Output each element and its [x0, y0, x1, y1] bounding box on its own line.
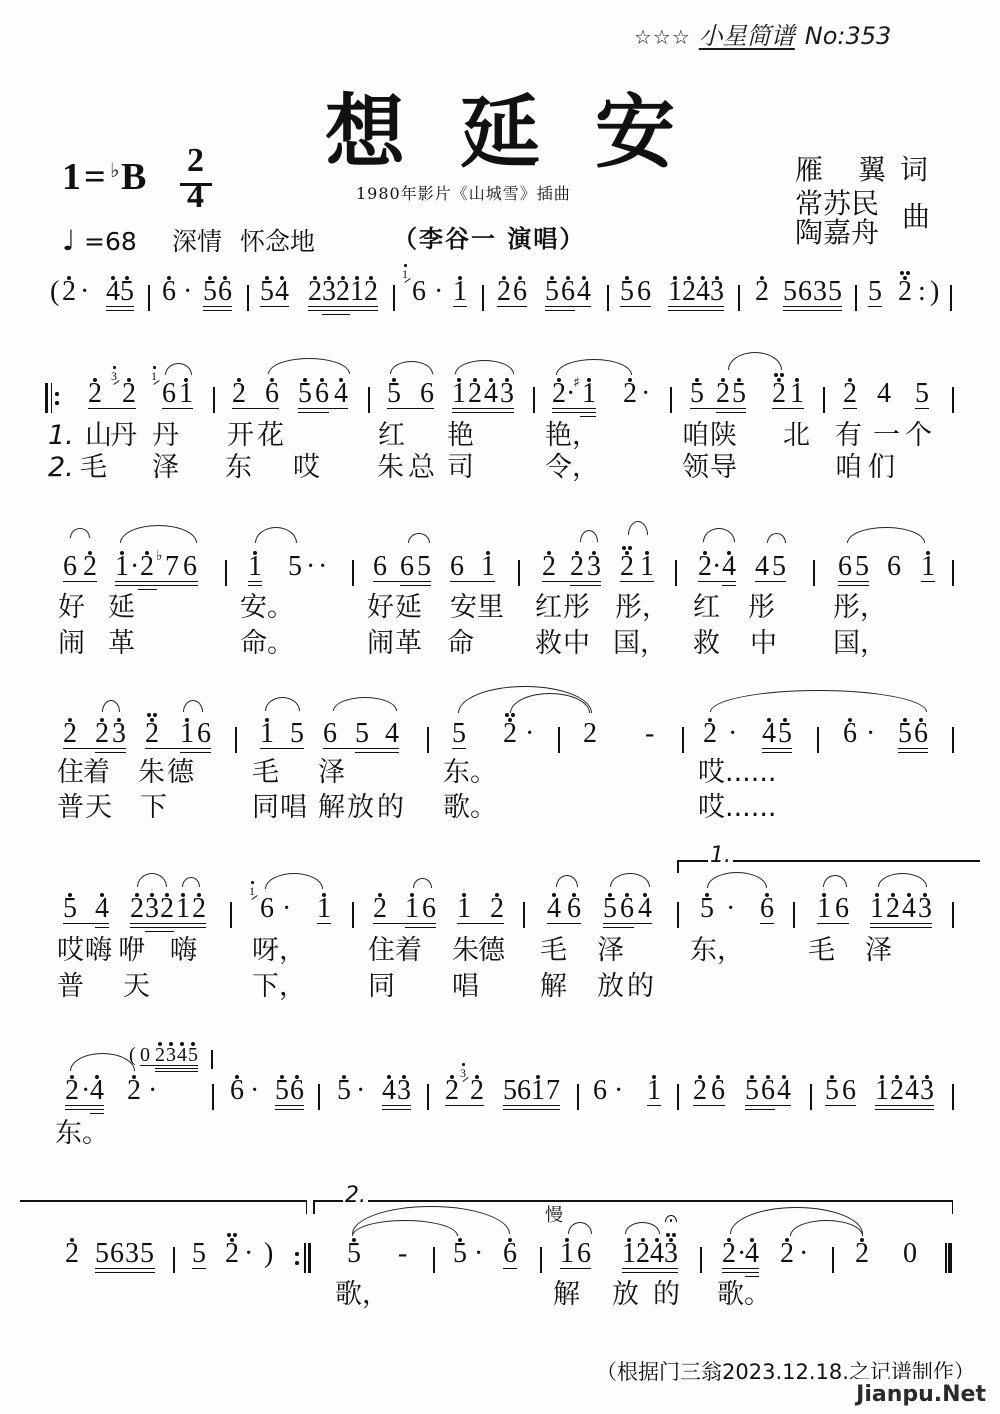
- note-2: 2: [497, 277, 511, 307]
- octave-dot: [508, 1238, 512, 1242]
- barline: [558, 727, 560, 753]
- duration-underline: [603, 927, 634, 928]
- note-symbol: 3: [397, 1075, 411, 1106]
- note-symbol: 6: [260, 893, 274, 924]
- lyric-syllable: 一: [873, 422, 900, 449]
- slur-arc: [333, 697, 397, 711]
- octave-dot: [185, 718, 189, 722]
- note-symbol: 2: [83, 551, 97, 582]
- barline: [427, 1084, 429, 1110]
- note-5: 5: [453, 1239, 467, 1269]
- key-degree: 1: [62, 158, 81, 196]
- slur-arc: [728, 352, 782, 370]
- note-symbol: 5: [337, 1075, 351, 1106]
- note-3: 3: [710, 277, 724, 307]
- note-4: 4: [755, 552, 769, 582]
- note-symbol: 2: [780, 1238, 794, 1269]
- octave-dot: [511, 713, 515, 717]
- augmentation-dot: ·: [434, 277, 443, 307]
- subtitle: 1980年影片《山城雪》插曲: [356, 186, 571, 202]
- barline: [855, 285, 857, 311]
- octave-dot: [147, 713, 151, 717]
- duration-underline: [875, 1105, 934, 1106]
- lyric-syllable: 彤: [563, 594, 590, 621]
- duration-underline: [783, 310, 842, 311]
- note-4: 4: [275, 277, 289, 307]
- duration-underline: [503, 1105, 560, 1106]
- duration-underline: [65, 1105, 104, 1106]
- note-symbol: 2: [542, 551, 556, 582]
- duration-underline: [317, 923, 331, 924]
- duration-underline: [915, 408, 929, 409]
- octave-dot: [655, 1238, 659, 1242]
- note-symbol: 5: [298, 378, 312, 409]
- note-2: 2: [772, 379, 786, 409]
- octave-dot: [547, 551, 551, 555]
- score-system-line-2: 232161265645612432·♯12·52521245: [0, 379, 1000, 409]
- octave-dot: [127, 378, 131, 382]
- octave-dot: [923, 893, 927, 897]
- lyricist-role: 词: [900, 156, 928, 184]
- note-1: 1: [531, 1076, 545, 1106]
- duration-underline: [260, 748, 304, 749]
- note-symbol: 6: [513, 276, 527, 307]
- octave-dot: [575, 551, 579, 555]
- note-1: 1: [457, 894, 471, 924]
- note-6: 6: [887, 552, 901, 582]
- note-4: 4: [547, 894, 561, 924]
- octave-dot: [320, 378, 324, 382]
- note-symbol: 6: [887, 551, 901, 582]
- augmentation-dot: ·: [282, 894, 291, 924]
- note-symbol: 2: [636, 1238, 650, 1269]
- note-2: 2: [445, 1076, 459, 1106]
- song-title-char-3: 安: [595, 92, 675, 172]
- octave-dot: [132, 1075, 136, 1079]
- note-symbol: 5: [545, 276, 559, 307]
- note-symbol: 5: [347, 1238, 361, 1269]
- octave-dot: [750, 1075, 754, 1079]
- duration-underline: [275, 1105, 304, 1106]
- lyric-syllable: 救: [535, 630, 562, 657]
- note-6: 6: [914, 719, 928, 749]
- note-symbol: ·: [726, 893, 735, 924]
- note-symbol: 1: [817, 893, 831, 924]
- augmentation-dot: ·: [183, 277, 192, 307]
- slur-arc: [878, 873, 927, 887]
- note-2: 2: [843, 379, 857, 409]
- note-2: 2: [122, 379, 136, 409]
- octave-dot: [502, 276, 506, 280]
- note-symbol: 4: [905, 1075, 919, 1106]
- note-symbol: 1: [405, 893, 419, 924]
- octave-dot: [848, 378, 852, 382]
- duration-underline: [248, 581, 262, 582]
- augmentation-dot: ·: [130, 552, 139, 582]
- note-symbol: 3: [145, 893, 159, 924]
- note-symbol: 6: [110, 1238, 124, 1269]
- note-5: 5: [503, 1076, 517, 1106]
- note-symbol: 5: [260, 276, 274, 307]
- verse-number: 1.: [48, 422, 74, 449]
- note-symbol: 6: [503, 1238, 517, 1269]
- octave-dot: [783, 718, 787, 722]
- note-symbol: 5: [868, 276, 882, 307]
- lyric-syllable: 下: [140, 794, 167, 821]
- lyric-syllable: 哎......: [698, 794, 777, 821]
- lyric-syllable: 艳，: [545, 422, 599, 449]
- note-2: 2: [552, 379, 566, 409]
- octave-dot: [95, 1075, 99, 1079]
- octave-dot: [625, 276, 629, 280]
- note-symbol: 6: [218, 276, 232, 307]
- composer-1: 常苏民: [795, 190, 879, 218]
- octave-dot: [891, 893, 895, 897]
- duration-underline: [457, 923, 504, 924]
- duration-underline: [63, 923, 109, 924]
- note-symbol: 2: [552, 378, 566, 409]
- note-2: 2: [693, 1076, 707, 1106]
- note-4: 4: [696, 277, 710, 307]
- note-3: 3: [166, 1044, 176, 1066]
- octave-dot: [191, 1042, 195, 1046]
- slur-arc: [628, 521, 648, 535]
- note-symbol: 1: [179, 378, 193, 409]
- note-symbol: 2: [155, 1044, 165, 1066]
- note-2: 2: [490, 894, 504, 924]
- octave-dot: [342, 1075, 346, 1079]
- lyric-syllable: 嗨: [85, 937, 112, 964]
- note-symbol: 3: [918, 893, 932, 924]
- note-symbol: ·: [80, 276, 89, 307]
- lyric-syllable: 延: [395, 594, 422, 621]
- barline: [533, 387, 535, 413]
- octave-dot: [880, 1075, 884, 1079]
- lyric-syllable: 东。: [55, 1120, 109, 1147]
- note-symbol: 1: [317, 893, 331, 924]
- note-symbol: 6: [422, 893, 436, 924]
- note-symbol: 6: [761, 1075, 775, 1106]
- octave-dot: [197, 893, 201, 897]
- duration-underline: [603, 923, 652, 924]
- note-6: 6: [265, 379, 279, 409]
- duration-underline: [868, 306, 882, 307]
- note-3: 3: [322, 277, 336, 307]
- note-symbol: 6: [420, 378, 434, 409]
- octave-dot: [860, 1238, 864, 1242]
- lyric-syllable: 红: [535, 594, 562, 621]
- octave-dot: [645, 551, 649, 555]
- note-3: 3: [397, 1076, 411, 1106]
- octave-dot: [93, 378, 97, 382]
- lyric-syllable: 德: [167, 759, 194, 786]
- octave-dot: [265, 276, 269, 280]
- note-symbol: 5: [63, 893, 77, 924]
- duration-underline: [545, 306, 591, 307]
- duration-underline: [783, 306, 842, 307]
- note-symbol: 2: [497, 276, 511, 307]
- lyric-syllable: 天: [85, 794, 112, 821]
- lyric-syllable: 有: [835, 422, 862, 449]
- duration-underline: [745, 1109, 775, 1110]
- octave-dot: [313, 276, 317, 280]
- octave-dot: [907, 893, 911, 897]
- note-symbol: 4: [95, 893, 109, 924]
- octave-dot: [167, 276, 171, 280]
- lyric-syllable: 咿: [118, 937, 145, 964]
- lyric-syllable: 导: [710, 454, 737, 481]
- octave-dot: [100, 718, 104, 722]
- note-5: 5: [95, 1239, 109, 1269]
- song-title-char-1: 想: [325, 92, 405, 172]
- barline: [577, 1084, 579, 1110]
- octave-dot: [457, 378, 461, 382]
- note-6: 6: [711, 1076, 725, 1106]
- lyric-syllable: 彤: [748, 594, 775, 621]
- note-4: 4: [762, 719, 776, 749]
- note-symbol: 2: [703, 718, 717, 749]
- augmentation-dot: ·: [866, 719, 875, 749]
- lyric-syllable: 解: [553, 1281, 580, 1308]
- duration-underline: [898, 752, 928, 753]
- lyric-syllable: 国，: [833, 630, 887, 657]
- note-symbol: 2: [192, 893, 206, 924]
- note-symbol: 1: [560, 1238, 574, 1269]
- note-6: 6: [323, 719, 337, 749]
- note-symbol: ·: [183, 276, 192, 307]
- note-2: 2: [62, 277, 76, 307]
- barline: [793, 902, 795, 928]
- note-symbol: 2: [336, 276, 350, 307]
- note-symbol: 7: [165, 551, 179, 582]
- duration-underline: [145, 748, 211, 749]
- repeat-end-sign: [295, 1243, 311, 1273]
- barline: [433, 1247, 435, 1273]
- duration-underline: [203, 306, 232, 307]
- lyric-syllable: 歌。: [717, 1281, 771, 1308]
- octave-dot: [117, 718, 121, 722]
- note-4: 4: [902, 894, 916, 924]
- lyric-syllable: 住: [368, 937, 395, 964]
- note-symbol: 2: [722, 1238, 736, 1269]
- note-symbol: 6: [373, 551, 387, 582]
- octave-dot: [777, 378, 781, 382]
- duration-underline: [232, 408, 279, 409]
- augmentation-dot: ·: [474, 1239, 483, 1269]
- augmentation-dot: ·: [148, 1076, 157, 1106]
- note-symbol: 2: [886, 893, 900, 924]
- note-4: 4: [638, 894, 652, 924]
- lyric-syllable: 的: [653, 1281, 680, 1308]
- note-4: 4: [106, 277, 120, 307]
- key-equals: =: [84, 158, 106, 196]
- duration-underline: [95, 752, 126, 753]
- octave-dot: [926, 551, 930, 555]
- lyric-syllable: 陕: [710, 422, 737, 449]
- note-2: 2: [682, 277, 696, 307]
- octave-dot: [180, 1042, 184, 1046]
- note-symbol: 3: [587, 551, 601, 582]
- note-5: 5: [603, 894, 617, 924]
- note-symbol: ·: [130, 551, 139, 582]
- barline: [813, 560, 815, 586]
- note-6: 6: [162, 277, 176, 307]
- slur-arc: [137, 873, 167, 887]
- tempo-bpm: =68: [84, 229, 137, 254]
- slur-arc: [556, 875, 578, 887]
- duration-underline: [260, 306, 289, 307]
- duration-underline: [668, 310, 724, 311]
- octave-dot: [184, 378, 188, 382]
- note-symbol: 1: [453, 276, 467, 307]
- note-symbol: ·: [306, 551, 315, 582]
- note-symbol: 5: [690, 378, 704, 409]
- note-symbol: ): [930, 276, 939, 307]
- volta-bracket-hook: [952, 1200, 954, 1214]
- note-6: 6: [290, 1076, 304, 1106]
- lyric-syllable: 命: [447, 630, 474, 657]
- slur-arc: [823, 875, 847, 887]
- note-symbol: 3: [920, 1075, 934, 1106]
- lyric-syllable: 普: [57, 794, 84, 821]
- duration-underline: [115, 581, 198, 582]
- note-symbol: 5: [783, 276, 797, 307]
- lyric-syllable: 个: [905, 422, 932, 449]
- duration-underline: [622, 1268, 678, 1269]
- duration-underline: [138, 589, 157, 590]
- note-symbol: 4: [650, 1238, 664, 1269]
- octave-dot: [135, 893, 139, 897]
- watermark-logo: Jianpu.Net: [856, 1384, 986, 1406]
- barline: [677, 902, 679, 928]
- note-3: 3: [112, 719, 126, 749]
- note-symbol: 1: [870, 893, 884, 924]
- note-1: 1: [176, 894, 190, 924]
- note-6: 6: [110, 1239, 124, 1269]
- note-5: 5: [700, 894, 714, 924]
- note-5: 5: [620, 277, 634, 307]
- score-system-line-6: 2·42·6·565·4323256176·126564561243: [0, 1076, 1000, 1106]
- note-5: 5: [260, 277, 274, 307]
- octave-dot: [716, 1075, 720, 1079]
- score-system-line-6-interlude: (02345: [0, 1044, 1000, 1066]
- note-symbol: 3: [500, 378, 514, 409]
- note-symbol: 1: [248, 551, 262, 582]
- note-symbol: 2: [623, 378, 637, 409]
- octave-dot: [227, 1233, 231, 1237]
- note-3: 3: [813, 277, 827, 307]
- barline: [230, 902, 232, 928]
- lyric-syllable: 哎: [57, 937, 84, 964]
- duration-underline: [762, 752, 792, 753]
- octave-dot: [88, 551, 92, 555]
- barline: [235, 727, 237, 753]
- slur-arc: [70, 528, 90, 538]
- barline: [738, 285, 740, 311]
- octave-dot: [67, 276, 71, 280]
- note-symbol: 1: [481, 551, 495, 582]
- note-symbol: 6: [760, 893, 774, 924]
- octave-dot: [270, 378, 274, 382]
- lyric-syllable: 朱: [377, 454, 404, 481]
- note-5: 5: [690, 379, 704, 409]
- duration-underline: [95, 1268, 155, 1269]
- duration-underline: [323, 748, 399, 749]
- barline: [523, 902, 525, 928]
- note-symbol: 2: [122, 378, 136, 409]
- note-symbol: 1: [176, 893, 190, 924]
- duration-underline: [355, 752, 399, 753]
- note-2: 2: [886, 894, 900, 924]
- octave-dot: [181, 893, 185, 897]
- note-symbol: 1: [260, 718, 274, 749]
- note-symbol: 5: [620, 276, 634, 307]
- close-paren: ): [264, 1239, 273, 1269]
- series-name-link[interactable]: 小星简谱: [699, 22, 795, 50]
- note-symbol: 5: [95, 1238, 109, 1269]
- duration-underline: [870, 923, 932, 924]
- note-symbol: ·: [244, 1238, 253, 1269]
- note-symbol: 6: [315, 378, 329, 409]
- slur-arc: [455, 360, 514, 374]
- octave-dot: [462, 893, 466, 897]
- note-symbol: ·: [614, 1075, 623, 1106]
- note-symbol: 3: [710, 276, 724, 307]
- note-2: 2: [364, 277, 378, 307]
- barline: [247, 285, 249, 311]
- note-6: 6: [183, 552, 197, 582]
- rest-note: 0: [140, 1044, 150, 1066]
- flat-icon: ♭: [110, 160, 119, 180]
- slur-arc: [268, 358, 350, 374]
- note-symbol: 2: [898, 276, 912, 307]
- note-4: 4: [382, 1076, 396, 1106]
- close-paren: ): [930, 277, 939, 307]
- note-1: 1: [317, 894, 331, 924]
- octave-dot: [392, 378, 396, 382]
- note-1: 1: [640, 552, 654, 582]
- note-symbol: 6: [843, 718, 857, 749]
- lyric-syllable: 东，: [690, 937, 744, 964]
- note-2: 2: [83, 552, 97, 582]
- note-6: 6: [218, 277, 232, 307]
- score-page: ☆☆☆小星简谱No:353 想 延 安 1 = ♭ B 2 4 1980年影片《…: [0, 0, 1000, 1414]
- note-2: 2: [636, 1239, 650, 1269]
- note-symbol: 2: [65, 1238, 79, 1269]
- lyric-syllable: 解: [540, 973, 567, 1000]
- barline: [318, 1084, 320, 1110]
- rest-note: 0: [903, 1239, 917, 1269]
- note-5: 5: [855, 552, 869, 582]
- lyric-syllable: 泽: [152, 454, 179, 481]
- note-symbol: 5: [203, 276, 217, 307]
- note-symbol: ·: [356, 1075, 365, 1106]
- octave-dot: [780, 373, 784, 377]
- note-symbol: 6: [914, 718, 928, 749]
- note-3: 3: [918, 894, 932, 924]
- octave-dot: [208, 276, 212, 280]
- octave-dot: [355, 276, 359, 280]
- note-symbol: 4: [877, 378, 891, 409]
- volta-bracket-hook: [313, 1200, 315, 1214]
- barline: [823, 387, 825, 413]
- time-signature-beats: 2: [187, 144, 204, 178]
- lyric-syllable: 闹: [58, 630, 85, 657]
- barline: [393, 285, 395, 311]
- note-2: 2: [470, 1076, 484, 1106]
- duration-underline: [760, 923, 774, 924]
- performer: （李谷一 演唱）: [393, 227, 585, 251]
